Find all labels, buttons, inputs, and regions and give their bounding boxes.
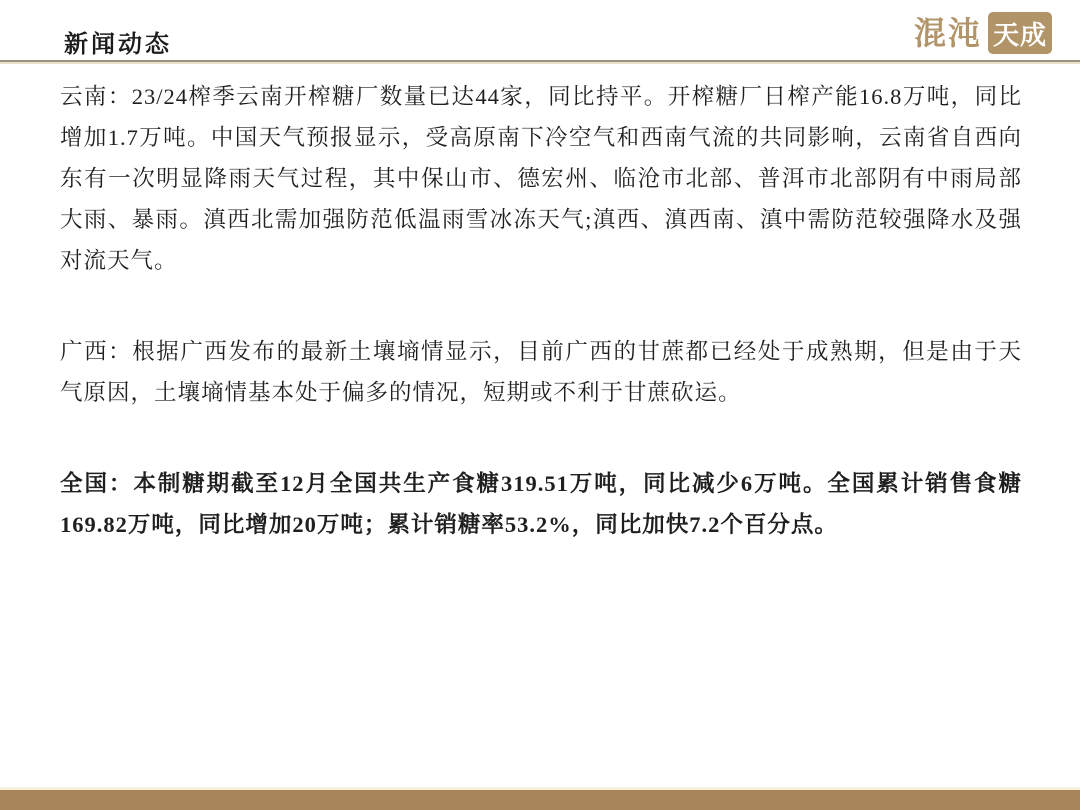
- company-logo: 混沌 天成: [914, 12, 1052, 54]
- logo-seal-script-text: 混沌: [914, 17, 982, 49]
- slide: 新闻动态 混沌 天成 云南：23/24榨季云南开榨糖厂数量已达44家，同比持平。…: [0, 0, 1080, 810]
- bottom-accent-bar: [0, 787, 1080, 810]
- news-content: 云南：23/24榨季云南开榨糖厂数量已达44家，同比持平。开榨糖厂日榨产能16.…: [60, 76, 1022, 595]
- news-paragraph-national: 全国：本制糖期截至12月全国共生产食糖319.51万吨，同比减少6万吨。全国累计…: [60, 463, 1022, 545]
- header-divider: [0, 60, 1080, 64]
- page-title: 新闻动态: [64, 24, 172, 59]
- slide-header: 新闻动态 混沌 天成: [0, 0, 1080, 62]
- news-paragraph-guangxi: 广西：根据广西发布的最新土壤墒情显示，目前广西的甘蔗都已经处于成熟期，但是由于天…: [60, 331, 1022, 413]
- news-paragraph-yunnan: 云南：23/24榨季云南开榨糖厂数量已达44家，同比持平。开榨糖厂日榨产能16.…: [60, 76, 1022, 281]
- logo-stamp-text: 天成: [988, 12, 1052, 54]
